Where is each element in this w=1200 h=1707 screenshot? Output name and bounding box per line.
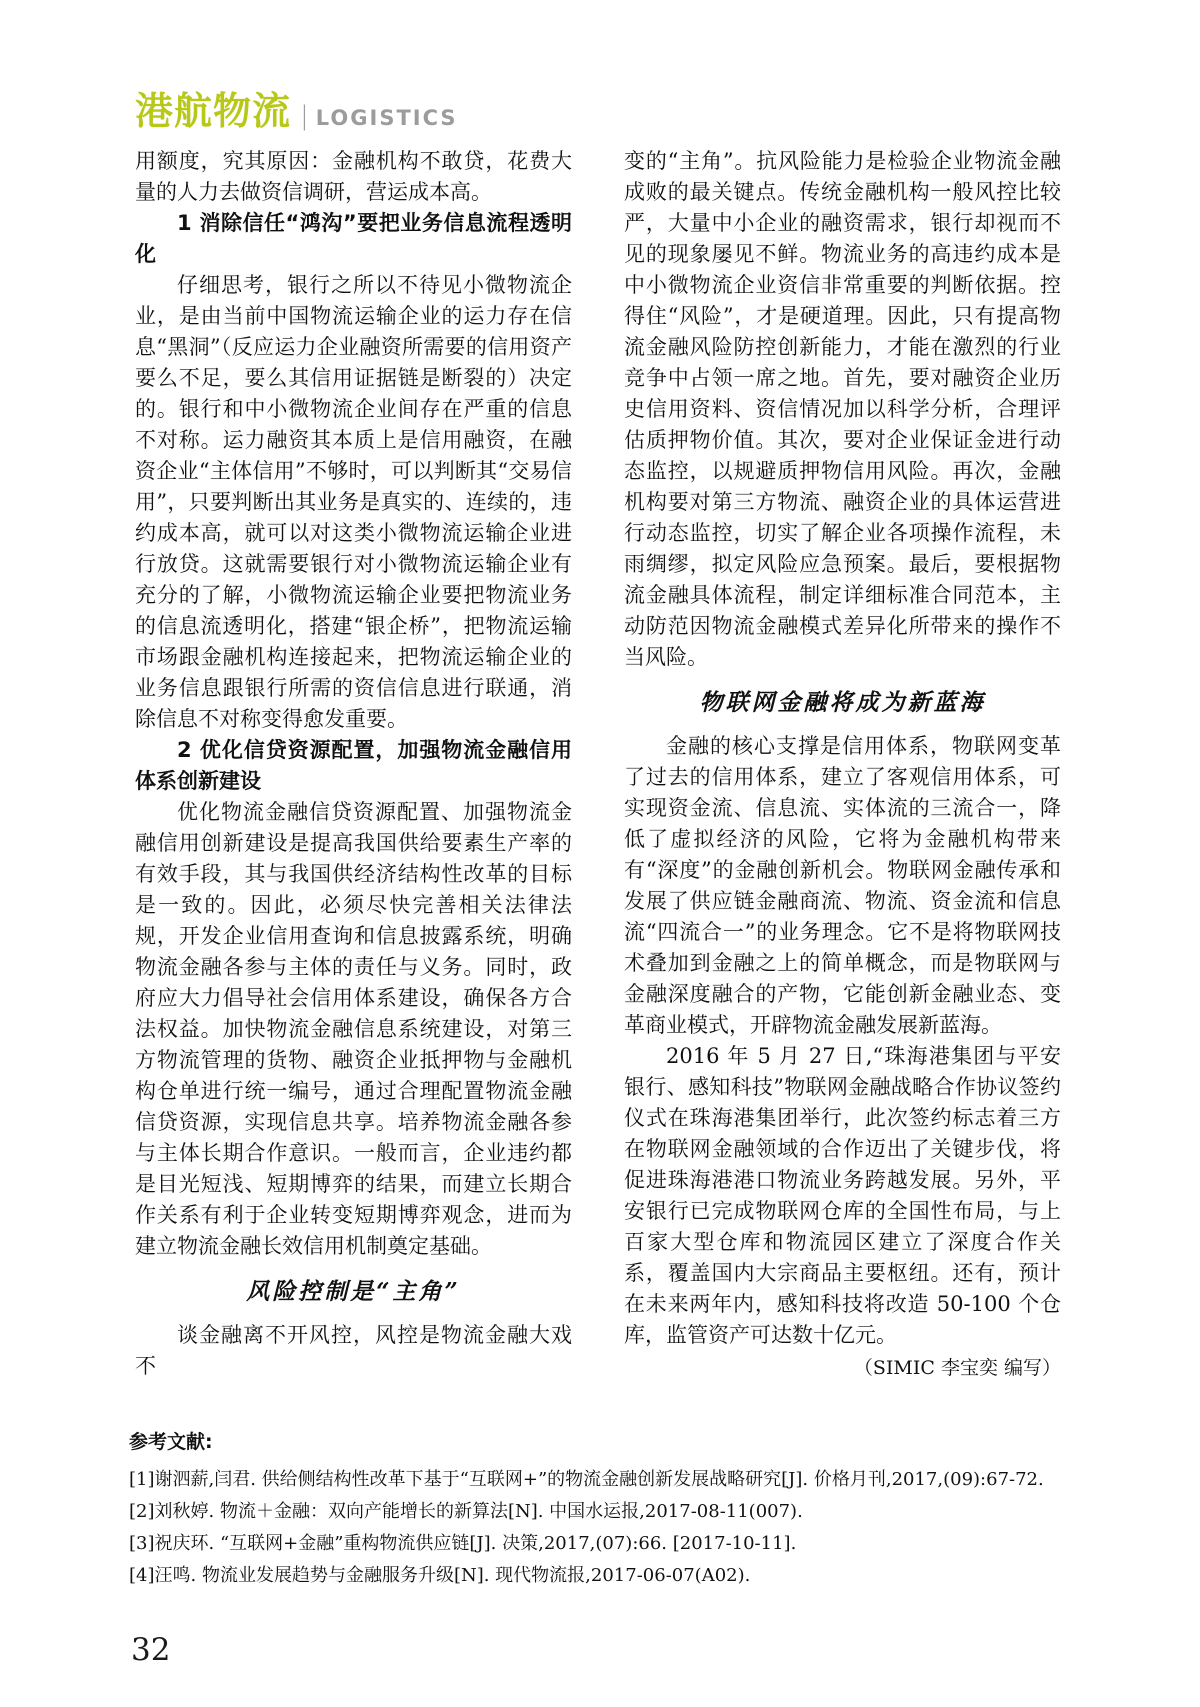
author-byline: （SIMIC 李宝奕 编写） bbox=[624, 1353, 1061, 1384]
brand-divider: | bbox=[300, 103, 309, 129]
paragraph: 优化物流金融信贷资源配置、加强物流金融信用创新建设是提高我国供给要素生产率的有效… bbox=[135, 797, 572, 1262]
section-heading-risk-control: 风险控制是“主角” bbox=[135, 1276, 572, 1307]
article-columns: 用额度，究其原因：金融机构不敢贷，花费大量的人力去做资信调研，营运成本高。 1 … bbox=[135, 146, 1067, 1384]
brand-subtitle-en: LOGISTICS bbox=[316, 107, 458, 130]
section-heading-2: 2 优化信贷资源配置，加强物流金融信用体系创新建设 bbox=[135, 735, 572, 797]
magazine-page: 港航物流 | LOGISTICS 用额度，究其原因：金融机构不敢贷，花费大量的人… bbox=[0, 0, 1200, 1707]
paragraph-continuation: 用额度，究其原因：金融机构不敢贷，花费大量的人力去做资信调研，营运成本高。 bbox=[135, 146, 572, 208]
paragraph: 金融的核心支撑是信用体系，物联网变革了过去的信用体系，建立了客观信用体系，可实现… bbox=[624, 731, 1061, 1041]
references-title: 参考文献: bbox=[129, 1426, 1067, 1458]
paragraph-continuation: 变的“主角”。抗风险能力是检验企业物流金融成败的最关键点。传统金融机构一般风控比… bbox=[624, 146, 1061, 673]
reference-item: [2]刘秋婷. 物流＋金融：双向产能增长的新算法[N]. 中国水运报,2017-… bbox=[129, 1496, 1067, 1528]
left-column: 用额度，究其原因：金融机构不敢贷，花费大量的人力去做资信调研，营运成本高。 1 … bbox=[135, 146, 572, 1384]
paragraph: 2016 年 5 月 27 日,“珠海港集团与平安银行、感知科技”物联网金融战略… bbox=[624, 1041, 1061, 1351]
section-heading-1: 1 消除信任“鸿沟”要把业务信息流程透明化 bbox=[135, 208, 572, 270]
reference-item: [1]谢泗薪,闫君. 供给侧结构性改革下基于“互联网+”的物流金融创新发展战略研… bbox=[129, 1464, 1067, 1496]
page-header: 港航物流 | LOGISTICS bbox=[135, 86, 1067, 130]
brand-title: 港航物流 bbox=[135, 92, 291, 130]
section-heading-iot-finance: 物联网金融将成为新蓝海 bbox=[624, 687, 1061, 718]
reference-item: [3]祝庆环. “互联网+金融”重构物流供应链[J]. 决策,2017,(07)… bbox=[129, 1528, 1067, 1560]
reference-item: [4]汪鸣. 物流业发展趋势与金融服务升级[N]. 现代物流报,2017-06-… bbox=[129, 1560, 1067, 1592]
paragraph: 谈金融离不开风控，风控是物流金融大戏不 bbox=[135, 1320, 572, 1382]
references-section: 参考文献: [1]谢泗薪,闫君. 供给侧结构性改革下基于“互联网+”的物流金融创… bbox=[135, 1426, 1067, 1592]
paragraph: 仔细思考，银行之所以不待见小微物流企业，是由当前中国物流运输企业的运力存在信息“… bbox=[135, 270, 572, 735]
right-column: 变的“主角”。抗风险能力是检验企业物流金融成败的最关键点。传统金融机构一般风控比… bbox=[624, 146, 1061, 1384]
page-number: 32 bbox=[131, 1632, 170, 1668]
